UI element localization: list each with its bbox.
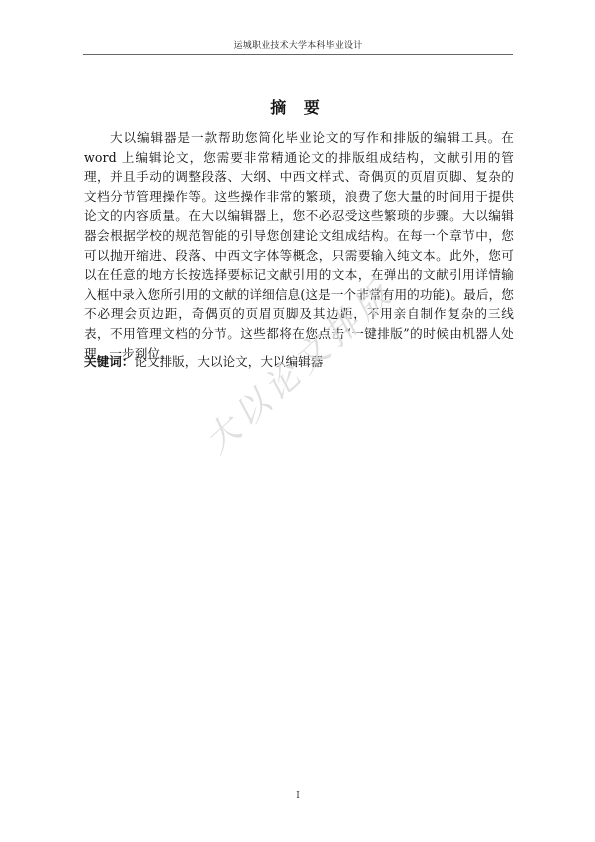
header-divider — [83, 54, 513, 55]
keywords-value: 论文排版，大以论文，大以编辑器 — [134, 354, 323, 369]
abstract-title: 摘 要 — [83, 98, 513, 118]
page-header: 运城职业技术大学本科毕业设计 — [83, 40, 513, 52]
keywords-line: 关键词：论文排版，大以论文，大以编辑器 — [84, 352, 514, 372]
abstract-paragraph: 大以编辑器是一款帮助您简化毕业论文的写作和排版的编辑工具。在 word 上编辑论… — [84, 128, 514, 363]
keywords-label: 关键词： — [84, 354, 134, 369]
document-page: 运城职业技术大学本科毕业设计 摘 要 大以编辑器是一款帮助您简化毕业论文的写作和… — [0, 0, 595, 842]
page-number: I — [83, 790, 513, 802]
